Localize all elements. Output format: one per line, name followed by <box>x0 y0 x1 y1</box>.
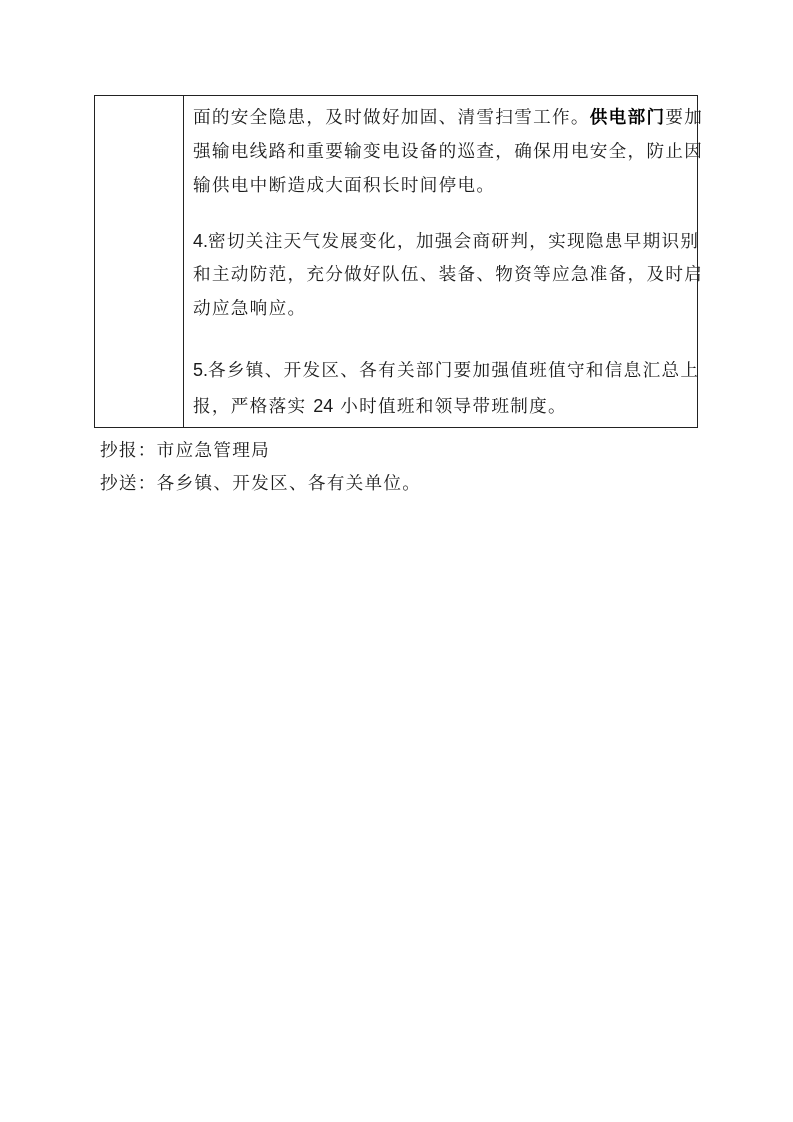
table-cell-content: 面的安全隐患，及时做好加固、清雪扫雪工作。供电部门要加 强输电线路和重要输变电设… <box>185 96 697 427</box>
notice-table: 面的安全隐患，及时做好加固、清雪扫雪工作。供电部门要加 强输电线路和重要输变电设… <box>94 95 698 428</box>
item-5-line: 报，严格落实 24 小时值班和领导带班制度。 <box>193 396 567 417</box>
item-number: 5. <box>193 360 208 380</box>
item-number: 4. <box>193 231 208 251</box>
item-4-line: 动应急响应。 <box>193 299 306 319</box>
hours-number: 24 <box>313 396 333 416</box>
item-5-line: 5.各乡镇、开发区、各有关部门要加强值班值守和信息汇总上 <box>193 360 699 381</box>
power-department-emphasis: 供电部门 <box>590 108 666 128</box>
item-4-line: 和主动防范，充分做好队伍、装备、物资等应急准备，及时启 <box>193 265 703 285</box>
paragraph-line: 强输电线路和重要输变电设备的巡查，确保用电安全，防止因 <box>193 142 703 162</box>
paragraph-line: 面的安全隐患，及时做好加固、清雪扫雪工作。供电部门要加 <box>193 108 703 128</box>
column-divider <box>183 96 184 427</box>
report-to-line: 抄报：市应急管理局 <box>100 441 270 461</box>
copy-to-line: 抄送：各乡镇、开发区、各有关单位。 <box>100 474 421 494</box>
paragraph-line: 输供电中断造成大面积长时间停电。 <box>193 176 495 196</box>
item-4-line: 4.密切关注天气发展变化，加强会商研判，实现隐患早期识别 <box>193 231 699 252</box>
